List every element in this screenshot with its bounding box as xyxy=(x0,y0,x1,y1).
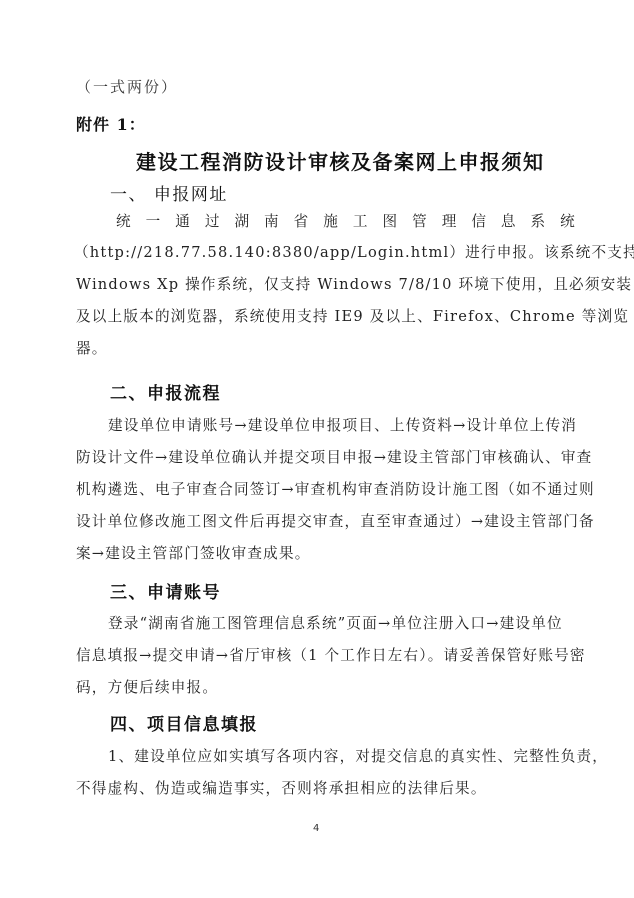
copies-note: （一式两份） xyxy=(76,76,178,97)
section-heading-account: 三、申请账号 xyxy=(110,578,221,603)
justified-char: 信 xyxy=(471,210,487,231)
justified-char: 过 xyxy=(205,210,221,231)
paragraph-line: 案→建设主管部门签收审查成果。 xyxy=(76,542,311,563)
justified-char: 理 xyxy=(442,210,458,231)
paragraph-line: 登录“湖南省施工图管理信息系统”页面→单位注册入口→建设单位 xyxy=(108,612,563,633)
justified-char: 通 xyxy=(175,210,191,231)
section-heading-url: 一、 申报网址 xyxy=(110,180,228,205)
justified-char: 南 xyxy=(264,210,280,231)
justified-char: 省 xyxy=(294,210,310,231)
section-heading-project-info: 四、项目信息填报 xyxy=(110,710,258,735)
paragraph-line: 器。 xyxy=(76,337,108,358)
justified-char: 息 xyxy=(501,210,517,231)
paragraph-line: 建设单位申请账号→建设单位申报项目、上传资料→设计单位上传消 xyxy=(108,414,577,435)
justified-char: 管 xyxy=(412,210,428,231)
section-heading-process: 二、申报流程 xyxy=(110,379,221,404)
page-number: 4 xyxy=(313,823,319,834)
attachment-label: 附件 1： xyxy=(76,112,146,135)
document-page: （一式两份） 附件 1： 建设工程消防设计审核及备案网上申报须知 一、 申报网址… xyxy=(0,0,634,898)
paragraph-line: 机构遴选、电子审查合同签订→审查机构审查消防设计施工图（如不通过则 xyxy=(76,478,595,499)
paragraph-line: 设计单位修改施工图文件后再提交审查，直至审查通过）→建设主管部门备 xyxy=(76,510,595,531)
paragraph-line: 统一通过湖南省施工图管理信息系统 xyxy=(116,210,576,231)
justified-char: 湖 xyxy=(234,210,250,231)
document-title: 建设工程消防设计审核及备案网上申报须知 xyxy=(136,146,545,175)
justified-char: 工 xyxy=(353,210,369,231)
paragraph-line: 及以上版本的浏览器，系统使用支持 IE9 及以上、Firefox、Chrome … xyxy=(76,305,629,326)
justified-char: 一 xyxy=(146,210,162,231)
paragraph-line: 信息填报→提交申请→省厅审核（1 个工作日左右）。请妥善保管好账号密 xyxy=(76,644,586,665)
paragraph-line: 码，方便后续申报。 xyxy=(76,676,218,697)
justified-char: 系 xyxy=(531,210,547,231)
justified-char: 图 xyxy=(382,210,398,231)
paragraph-line: 防设计文件→建设单位确认并提交项目申报→建设主管部门审核确认、审查 xyxy=(76,446,592,467)
justified-char: 统 xyxy=(560,210,576,231)
justified-line: 统一通过湖南省施工图管理信息系统 xyxy=(116,210,576,231)
url-line: （http://218.77.58.140:8380/app/Login.htm… xyxy=(74,241,634,262)
paragraph-line: Windows Xp 操作系统，仅支持 Windows 7/8/10 环境下使用… xyxy=(76,273,634,294)
justified-char: 施 xyxy=(323,210,339,231)
paragraph-line: 1、建设单位应如实填写各项内容，对提交信息的真实性、完整性负责， xyxy=(108,745,608,766)
paragraph-line: 不得虚构、伪造或编造事实，否则将承担相应的法律后果。 xyxy=(76,777,487,798)
justified-char: 统 xyxy=(116,210,132,231)
